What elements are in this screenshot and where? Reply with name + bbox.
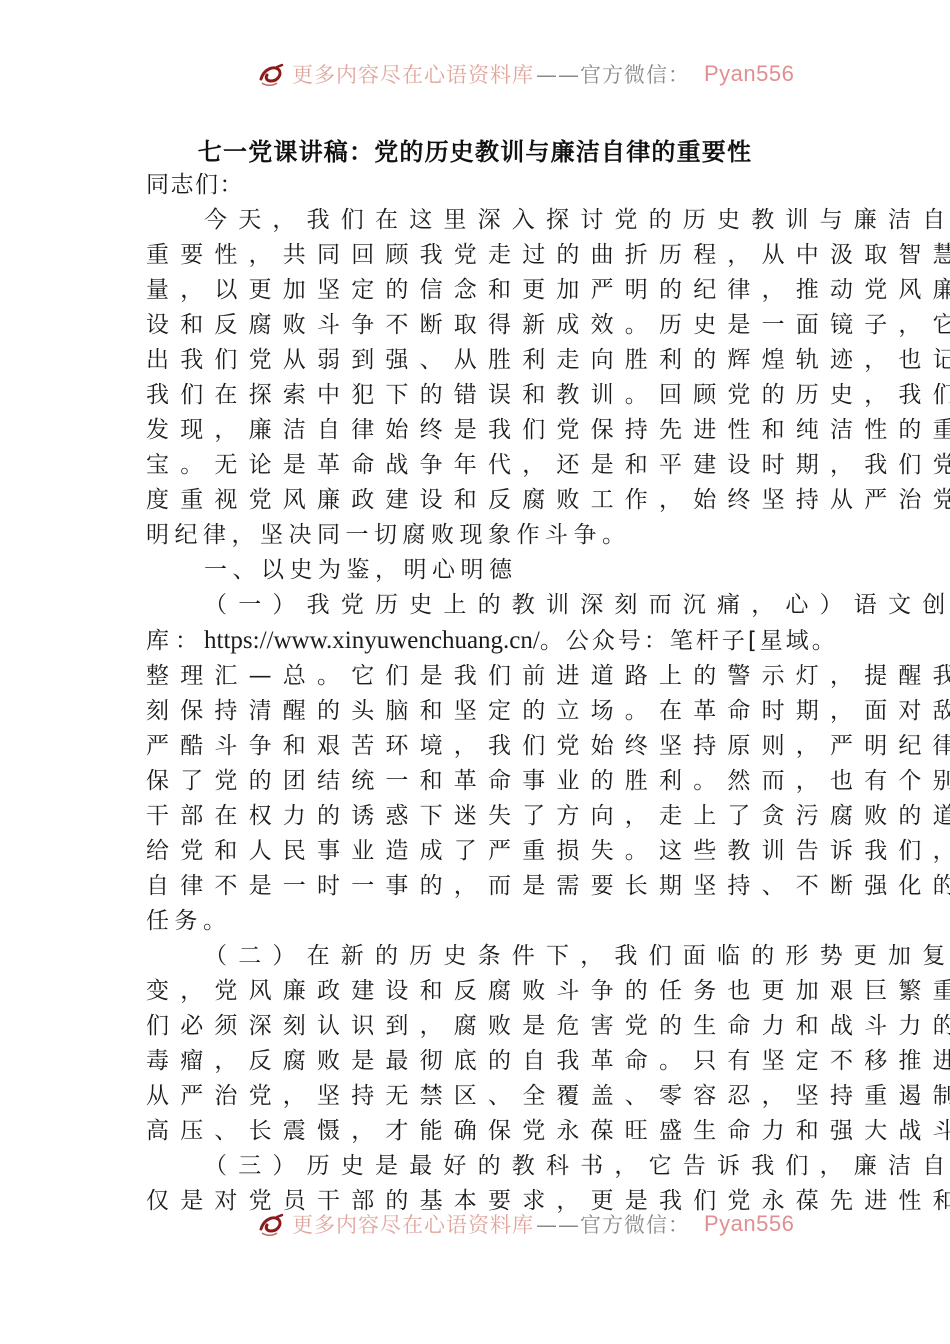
text-line: 保了党的团结统一和革命事业的胜利。然而，也有个别党员: [146, 764, 808, 799]
text-line: 设和反腐败斗争不断取得新成效。历史是一面镜子，它映照: [146, 308, 808, 343]
text-line: 们必须深刻认识到，腐败是危害党的生命力和战斗力的最大: [146, 1009, 808, 1044]
text-line: 给党和人民事业造成了严重损失。这些教训告诉我们，廉洁: [146, 834, 808, 869]
section-heading-1: 一、以史为鉴，明心明德: [146, 553, 808, 588]
salutation: 同志们：: [146, 168, 808, 203]
text-line: 干部在权力的诱惑下迷失了方向，走上了贪污腐败的道路，: [146, 799, 808, 834]
text-line: （三）历史是最好的教科书，它告诉我们，廉洁自律不: [146, 1149, 808, 1184]
source-url-text: https://www.xinyuwenchuang.cn/: [204, 627, 540, 654]
header-watermark: 更多内容尽在心语资料库 ——官方微信： Pyan556: [258, 56, 794, 86]
text-line: 我们在探索中犯下的错误和教训。回顾党的历史，我们不难: [146, 378, 808, 413]
text-line: 重要性，共同回顾我党走过的曲折历程，从中汲取智慧和力: [146, 238, 808, 273]
text-line: 毒瘤，反腐败是最彻底的自我革命。只有坚定不移推进全面: [146, 1044, 808, 1079]
text-line: 自律不是一时一事的，而是需要长期坚持、不断强化的政治: [146, 869, 808, 904]
watermark-brand-text: 更多内容尽在心语资料库: [292, 59, 534, 86]
text-line: 出我们党从弱到强、从胜利走向胜利的辉煌轨迹，也记录下: [146, 343, 808, 378]
text-line: （一）我党历史上的教训深刻而沉痛，心）语文创素材: [146, 588, 808, 623]
document-body: 同志们： 今天，我们在这里深入探讨党的历史教训与廉洁自律的 重要性，共同回顾我党…: [146, 168, 808, 1219]
text-line: （二）在新的历史条件下，我们面临的形势更加复杂多: [146, 939, 808, 974]
footer-watermark: 更多内容尽在心语资料库 ——官方微信： Pyan556: [258, 1206, 794, 1236]
watermark-wechat-id: Pyan556: [704, 61, 794, 86]
text-line: 刻保持清醒的头脑和坚定的立场。在革命时期，面对敌人的: [146, 694, 808, 729]
text-line: 任务。: [146, 904, 808, 939]
text-line: 度重视党风廉政建设和反腐败工作，始终坚持从严治党、严: [146, 483, 808, 518]
text-line: 明纪律，坚决同一切腐败现象作斗争。: [146, 518, 808, 553]
document-title: 七一党课讲稿：党的历史教训与廉洁自律的重要性: [0, 132, 950, 167]
paragraph-subsection-1: （一）我党历史上的教训深刻而沉痛，心）语文创素材 库：https://www.x…: [146, 588, 808, 939]
text-line: 整理汇—总。它们是我们前进道路上的警示灯，提醒我们时: [146, 659, 808, 694]
swirl-logo-icon: [258, 1211, 284, 1236]
paragraph-intro: 今天，我们在这里深入探讨党的历史教训与廉洁自律的 重要性，共同回顾我党走过的曲折…: [146, 203, 808, 553]
text-line: 今天，我们在这里深入探讨党的历史教训与廉洁自律的: [146, 203, 808, 238]
text-line: 变，党风廉政建设和反腐败斗争的任务也更加艰巨繁重。我: [146, 974, 808, 1009]
watermark-wechat-id: Pyan556: [704, 1211, 794, 1236]
text-fragment: 库：: [146, 628, 204, 654]
text-line: 严酷斗争和艰苦环境，我们党始终坚持原则，严明纪律，确: [146, 729, 808, 764]
text-line: 从严治党，坚持无禁区、全覆盖、零容忍，坚持重遏制、强: [146, 1079, 808, 1114]
watermark-brand-text: 更多内容尽在心语资料库: [292, 1209, 534, 1236]
swirl-logo-icon: [258, 61, 284, 86]
watermark-wechat-label: ——官方微信：: [536, 59, 690, 86]
text-line: 高压、长震慑，才能确保党永葆旺盛生命力和强大战斗力。: [146, 1114, 808, 1149]
text-line: 量，以更加坚定的信念和更加严明的纪律，推动党风廉政建: [146, 273, 808, 308]
text-line-with-url: 库：https://www.xinyuwenchuang.cn/。公众号：笔杆子…: [146, 623, 808, 659]
text-line: 宝。无论是革命战争年代，还是和平建设时期，我们党都高: [146, 448, 808, 483]
text-fragment: 。公众号：笔杆子[星域。: [540, 628, 838, 654]
paragraph-subsection-2: （二）在新的历史条件下，我们面临的形势更加复杂多 变，党风廉政建设和反腐败斗争的…: [146, 939, 808, 1149]
watermark-wechat-label: ——官方微信：: [536, 1209, 690, 1236]
text-line: 发现，廉洁自律始终是我们党保持先进性和纯洁性的重要法: [146, 413, 808, 448]
